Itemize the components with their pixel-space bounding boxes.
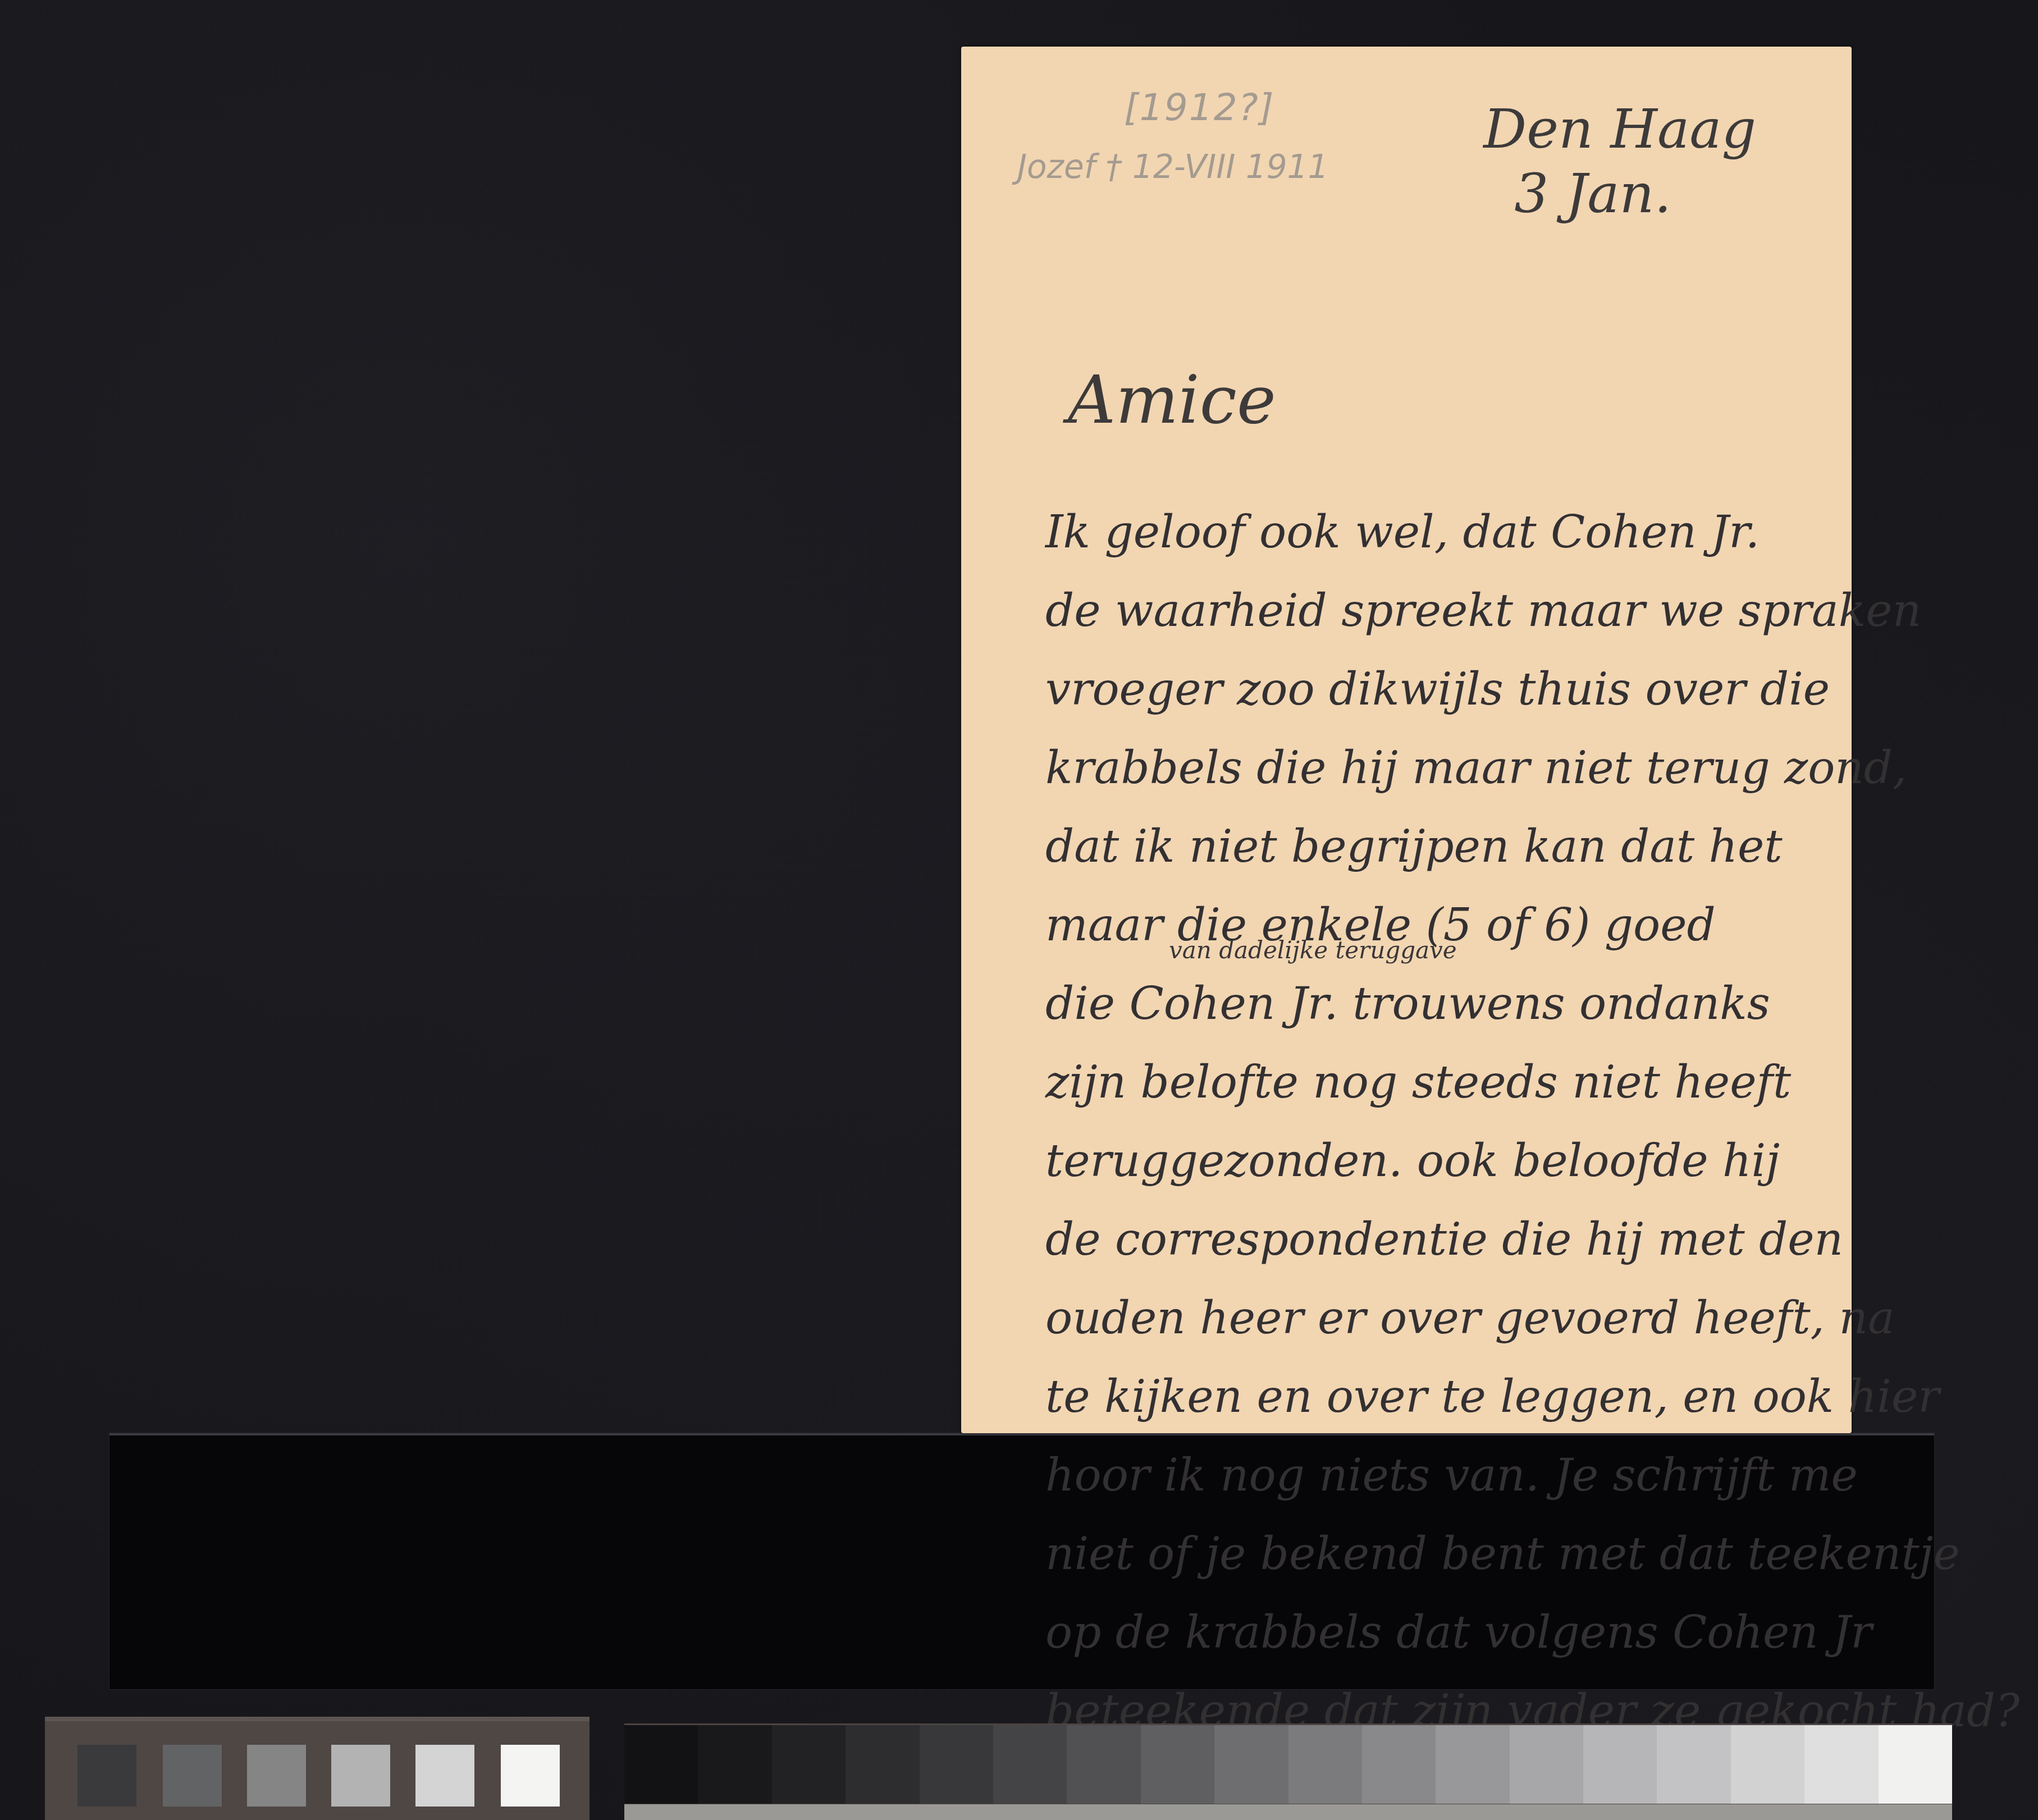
body-line: hoor ik nog niets van. Je schrijft me — [1045, 1436, 1818, 1515]
gray-patch — [247, 1745, 306, 1807]
salutation: Amice — [1068, 361, 1276, 438]
body-line: op de krabbels dat volgens Cohen Jr — [1045, 1593, 1818, 1672]
gray-step — [846, 1725, 919, 1804]
gray-step — [624, 1725, 698, 1804]
gray-patch — [415, 1745, 474, 1807]
gray-step — [1214, 1725, 1288, 1804]
body-line: ouden heer er over gevoerd heeft, na — [1045, 1279, 1818, 1357]
body-line: die Cohen Jr. trouwens ondanks — [1045, 964, 1818, 1043]
letter-body: Ik geloof ook wel, dat Cohen Jr. de waar… — [1045, 493, 1818, 1750]
gray-step — [1731, 1725, 1804, 1804]
body-line: vroeger zoo dikwijls thuis over die — [1045, 650, 1818, 729]
gray-patch — [77, 1745, 136, 1807]
gray-step-scale — [624, 1723, 1952, 1820]
gray-step — [1657, 1725, 1730, 1804]
gray-step — [1288, 1725, 1362, 1804]
pencil-note-year: [1912?] — [1124, 86, 1275, 129]
letter-date: 3 Jan. — [1483, 162, 1756, 226]
gray-step — [1362, 1725, 1436, 1804]
body-line: de waarheid spreekt maar we spraken — [1045, 571, 1818, 650]
body-line: dat ik niet begrijpen kan dat het — [1045, 807, 1818, 886]
gray-step — [1583, 1725, 1657, 1804]
gray-step — [1436, 1725, 1509, 1804]
gray-step — [698, 1725, 771, 1804]
gray-patch — [163, 1745, 222, 1807]
gray-step — [993, 1725, 1067, 1804]
gray-step — [1067, 1725, 1140, 1804]
body-line: krabbels die hij maar niet terug zond, — [1045, 729, 1818, 807]
pencil-note-death-date: Jozef † 12-VIII 1911 — [1017, 148, 1328, 186]
letter-place: Den Haag — [1483, 97, 1756, 162]
body-line: niet of je bekend bent met dat teekentje — [1045, 1515, 1818, 1593]
gray-patch — [501, 1745, 560, 1807]
body-line: te kijken en over te leggen, en ook hier — [1045, 1357, 1818, 1436]
gray-step-base — [624, 1804, 1952, 1820]
gray-step — [1510, 1725, 1583, 1804]
place-and-date: Den Haag 3 Jan. — [1483, 97, 1756, 226]
gray-step — [1804, 1725, 1878, 1804]
gray-step — [920, 1725, 993, 1804]
body-line: Ik geloof ook wel, dat Cohen Jr. — [1045, 493, 1818, 571]
body-line: teruggezonden. ook beloofde hij — [1045, 1122, 1818, 1200]
body-line: zijn belofte nog steeds niet heeft — [1045, 1043, 1818, 1122]
letter-sheet: [1912?] Jozef † 12-VIII 1911 Den Haag 3 … — [961, 47, 1852, 1433]
interlinear-insert: van dadelijke teruggave — [1169, 936, 1457, 964]
gray-step — [1141, 1725, 1214, 1804]
gray-step — [772, 1725, 846, 1804]
gray-step — [1879, 1725, 1952, 1804]
color-calibration-card — [45, 1717, 590, 1820]
body-line: de correspondentie die hij met den — [1045, 1200, 1818, 1279]
gray-patch — [331, 1745, 390, 1807]
